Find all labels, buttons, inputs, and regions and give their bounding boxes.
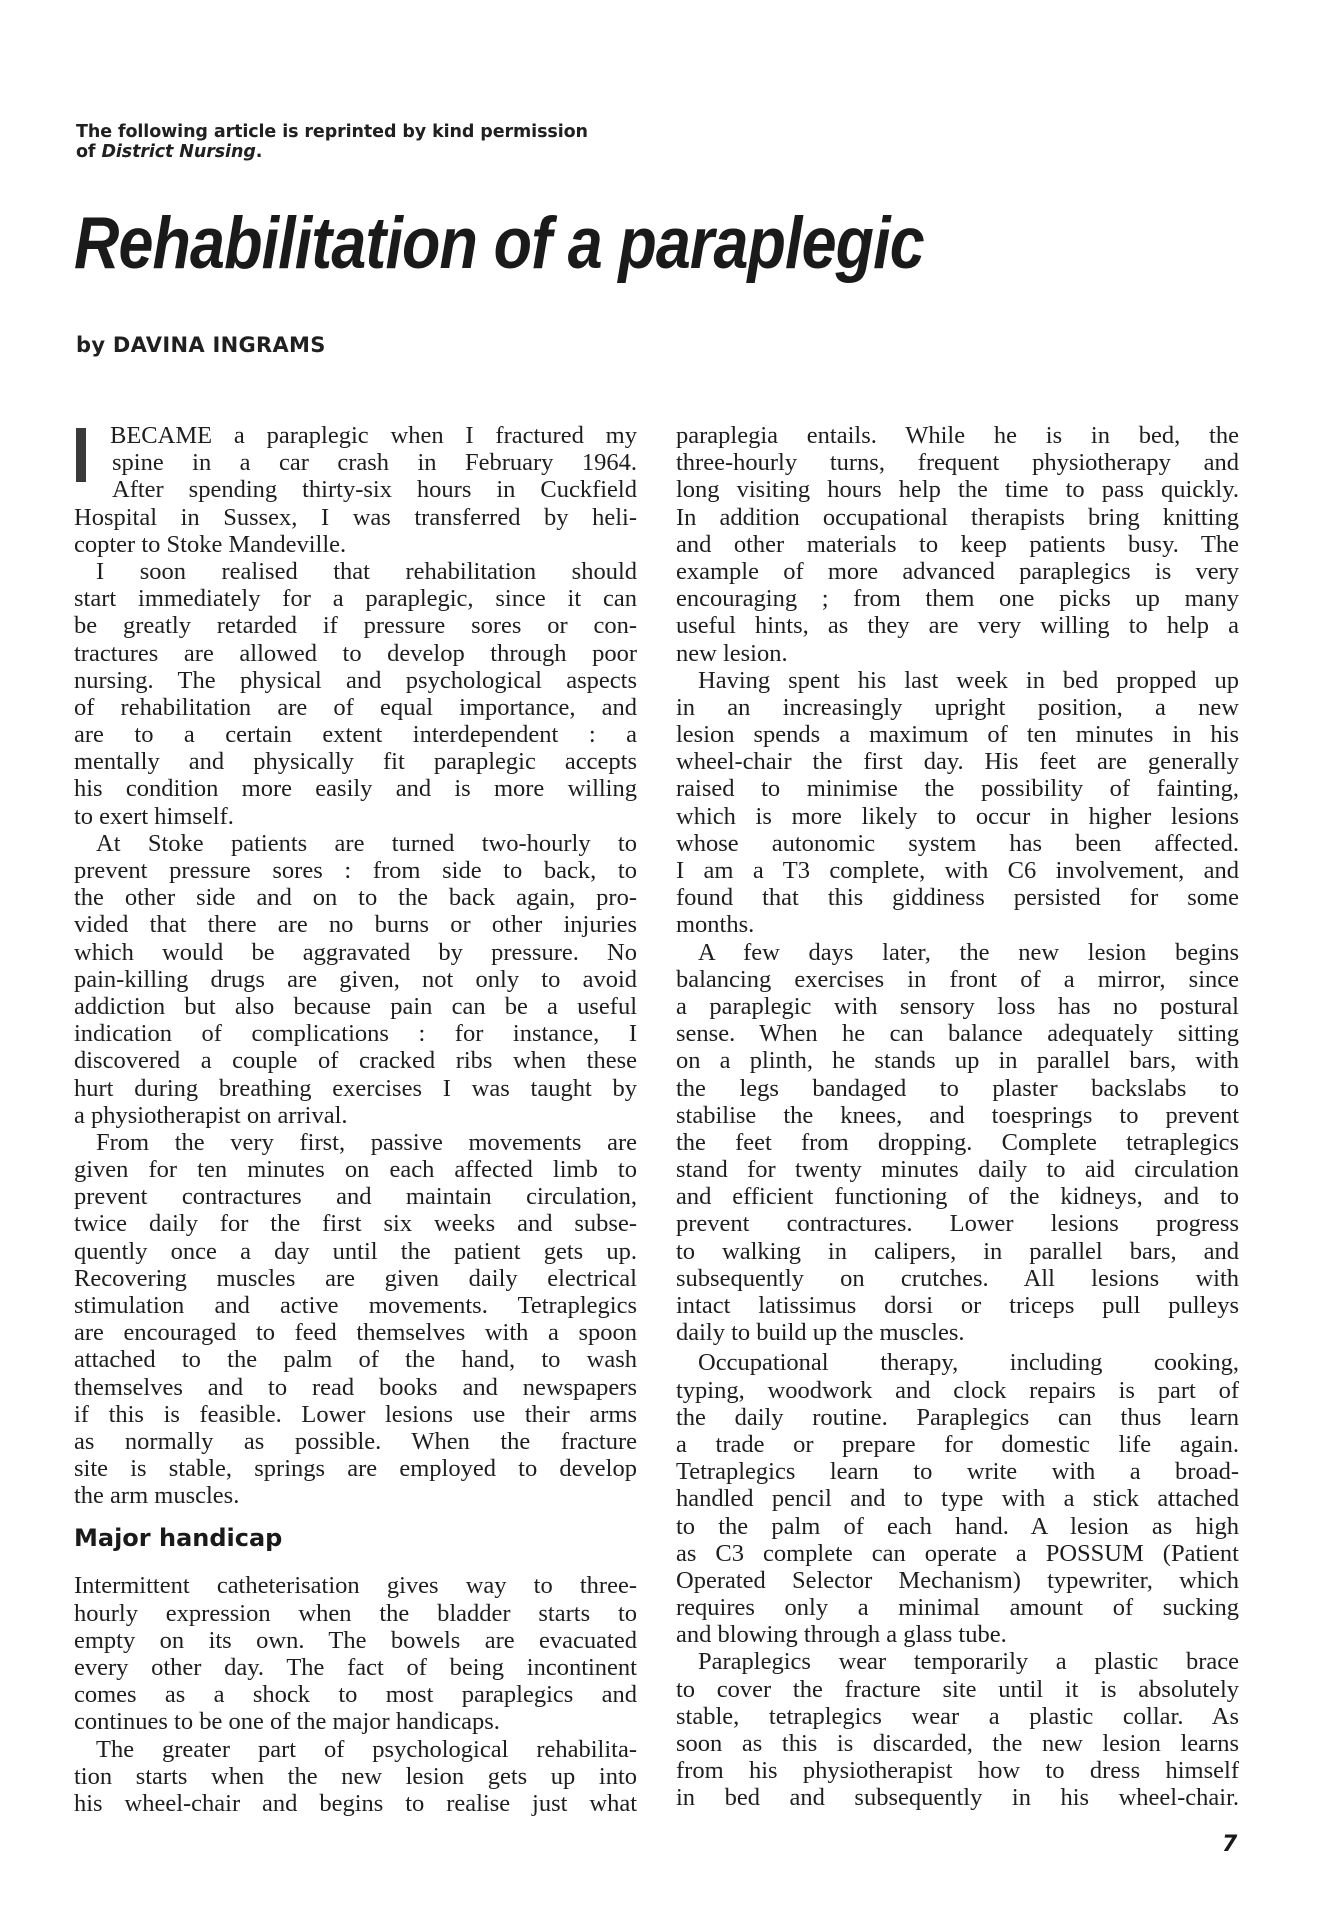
text-line: The greater part of psychological rehabi…: [74, 1736, 637, 1763]
text-line: and efficient functioning of the kidneys…: [676, 1183, 1239, 1210]
text-line: be greatly retarded if pressure sores or…: [74, 612, 637, 639]
text-line: and blowing through a glass tube.: [676, 1621, 1239, 1648]
text-line: the other side and on to the back again,…: [74, 884, 637, 911]
text-line: daily to build up the muscles.: [676, 1319, 1239, 1346]
text-line: in bed and subsequently in his wheel-cha…: [676, 1784, 1239, 1811]
text-line: are encouraged to feed themselves with a…: [74, 1319, 637, 1346]
text-line: spine in a car crash in February 1964.: [74, 449, 637, 476]
text-line: the daily routine. Paraplegics can thus …: [676, 1404, 1239, 1431]
text-line: stimulation and active movements. Tetrap…: [74, 1292, 637, 1319]
byline: by DAVINA INGRAMS: [76, 333, 326, 357]
text-line: given for ten minutes on each affected l…: [74, 1156, 637, 1183]
text-line: sense. When he can balance adequately si…: [676, 1020, 1239, 1047]
text-line: his condition more easily and is more wi…: [74, 775, 637, 802]
text-line: Hospital in Sussex, I was transferred by…: [74, 504, 637, 531]
text-line: stable, tetraplegics wear a plastic coll…: [676, 1703, 1239, 1730]
credit-line-1: The following article is reprinted by ki…: [76, 122, 588, 142]
text-line: discovered a couple of cracked ribs when…: [74, 1047, 637, 1074]
text-line: his wheel-chair and begins to realise ju…: [74, 1790, 637, 1817]
credit-prefix: of: [76, 142, 101, 162]
text-line: intact latissimus dorsi or triceps pull …: [676, 1292, 1239, 1319]
text-line: hourly expression when the bladder start…: [74, 1600, 637, 1627]
text-line: as normally as possible. When the fractu…: [74, 1428, 637, 1455]
text-line: new lesion.: [676, 640, 1239, 667]
text-line: every other day. The fact of being incon…: [74, 1654, 637, 1681]
text-line: lesion spends a maximum of ten minutes i…: [676, 721, 1239, 748]
text-line: prevent contractures. Lower lesions prog…: [676, 1210, 1239, 1237]
left-column: BECAME a paraplegic when I fractured my …: [74, 422, 637, 1817]
text-line: encouraging ; from them one picks up man…: [676, 585, 1239, 612]
text-line: site is stable, springs are employed to …: [74, 1455, 637, 1482]
text-line: pain-killing drugs are given, not only t…: [74, 966, 637, 993]
text-line: subsequently on crutches. All lesions wi…: [676, 1265, 1239, 1292]
text-line: on a plinth, he stands up in parallel ba…: [676, 1047, 1239, 1074]
credit-line-2: of District Nursing.: [76, 142, 588, 162]
text-line: stabilise the knees, and toesprings to p…: [676, 1102, 1239, 1129]
text-line: From the very first, passive movements a…: [74, 1129, 637, 1156]
text-line: example of more advanced paraplegics is …: [676, 558, 1239, 585]
text-line: handled pencil and to type with a stick …: [676, 1485, 1239, 1512]
text-line: At Stoke patients are turned two-hourly …: [74, 830, 637, 857]
text-line: quently once a day until the patient get…: [74, 1238, 637, 1265]
publication-name: District Nursing: [101, 142, 255, 162]
text-line: Recovering muscles are given daily elect…: [74, 1265, 637, 1292]
section-subheading: Major handicap: [74, 1524, 637, 1553]
text-line: three-hourly turns, frequent physiothera…: [676, 449, 1239, 476]
text-line: Having spent his last week in bed proppe…: [676, 667, 1239, 694]
text-line: After spending thirty-six hours in Cuckf…: [74, 476, 637, 503]
text-line: A few days later, the new lesion begins: [676, 939, 1239, 966]
text-line: typing, woodwork and clock repairs is pa…: [676, 1377, 1239, 1404]
text-line: vided that there are no burns or other i…: [74, 911, 637, 938]
text-line: balancing exercises in front of a mirror…: [676, 966, 1239, 993]
text-line: are to a certain extent interdependent :…: [74, 721, 637, 748]
text-line: the legs bandaged to plaster backslabs t…: [676, 1075, 1239, 1102]
text-line: BECAME a paraplegic when I fractured my: [74, 422, 637, 449]
text-line: I soon realised that rehabilitation shou…: [74, 558, 637, 585]
text-line: I am a T3 complete, with C6 involvement,…: [676, 857, 1239, 884]
text-line: the feet from dropping. Complete tetrapl…: [676, 1129, 1239, 1156]
right-column: paraplegia entails. While he is in bed, …: [676, 422, 1239, 1812]
text-line: found that this giddiness persisted for …: [676, 884, 1239, 911]
text-line: Intermittent catheterisation gives way t…: [74, 1572, 637, 1599]
text-line: Tetraplegics learn to write with a broad…: [676, 1458, 1239, 1485]
page-number: 7: [1222, 1832, 1237, 1857]
text-line: in an increasingly upright position, a n…: [676, 694, 1239, 721]
text-line: months.: [676, 911, 1239, 938]
text-line: comes as a shock to most paraplegics and: [74, 1681, 637, 1708]
text-line: attached to the palm of the hand, to was…: [74, 1346, 637, 1373]
text-line: a trade or prepare for domestic life aga…: [676, 1431, 1239, 1458]
text-line: if this is feasible. Lower lesions use t…: [74, 1401, 637, 1428]
text-line: to walking in calipers, in parallel bars…: [676, 1238, 1239, 1265]
text-line: paraplegia entails. While he is in bed, …: [676, 422, 1239, 449]
text-line: to cover the fracture site until it is a…: [676, 1676, 1239, 1703]
text-line: raised to minimise the possibility of fa…: [676, 775, 1239, 802]
text-line: to exert himself.: [74, 803, 637, 830]
text-line: from his physiotherapist how to dress hi…: [676, 1757, 1239, 1784]
text-line: tractures are allowed to develop through…: [74, 640, 637, 667]
text-line: empty on its own. The bowels are evacuat…: [74, 1627, 637, 1654]
text-line: prevent contractures and maintain circul…: [74, 1183, 637, 1210]
text-line: Occupational therapy, including cooking,: [676, 1349, 1239, 1376]
text-line: continues to be one of the major handica…: [74, 1708, 637, 1735]
text-line: useful hints, as they are very willing t…: [676, 612, 1239, 639]
text-line: Operated Selector Mechanism) typewriter,…: [676, 1567, 1239, 1594]
text-line: twice daily for the first six weeks and …: [74, 1210, 637, 1237]
text-line: indication of complications : for instan…: [74, 1020, 637, 1047]
text-line: requires only a minimal amount of suckin…: [676, 1594, 1239, 1621]
drop-cap-block: [76, 428, 86, 482]
text-line: In addition occupational therapists brin…: [676, 504, 1239, 531]
text-line: soon as this is discarded, the new lesio…: [676, 1730, 1239, 1757]
text-line: to the palm of each hand. A lesion as hi…: [676, 1513, 1239, 1540]
credit-suffix: .: [256, 142, 263, 162]
reprint-credit: The following article is reprinted by ki…: [76, 122, 588, 162]
text-line: which is more likely to occur in higher …: [676, 803, 1239, 830]
text-line: a physiotherapist on arrival.: [74, 1102, 637, 1129]
text-line: start immediately for a paraplegic, sinc…: [74, 585, 637, 612]
text-line: nursing. The physical and psychological …: [74, 667, 637, 694]
text-line: mentally and physically fit paraplegic a…: [74, 748, 637, 775]
text-line: copter to Stoke Mandeville.: [74, 531, 637, 558]
text-line: addiction but also because pain can be a…: [74, 993, 637, 1020]
text-line: tion starts when the new lesion gets up …: [74, 1763, 637, 1790]
text-line: long visiting hours help the time to pas…: [676, 476, 1239, 503]
text-line: prevent pressure sores : from side to ba…: [74, 857, 637, 884]
text-line: of rehabilitation are of equal importanc…: [74, 694, 637, 721]
article-title: Rehabilitation of a paraplegic: [74, 204, 924, 284]
text-line: hurt during breathing exercises I was ta…: [74, 1075, 637, 1102]
text-line: wheel-chair the first day. His feet are …: [676, 748, 1239, 775]
text-line: the arm muscles.: [74, 1482, 637, 1509]
text-line: themselves and to read books and newspap…: [74, 1374, 637, 1401]
text-line: whose autonomic system has been affected…: [676, 830, 1239, 857]
text-line: Paraplegics wear temporarily a plastic b…: [676, 1648, 1239, 1675]
text-line: which would be aggravated by pressure. N…: [74, 939, 637, 966]
text-line: as C3 complete can operate a POSSUM (Pat…: [676, 1540, 1239, 1567]
text-line: a paraplegic with sensory loss has no po…: [676, 993, 1239, 1020]
text-line: and other materials to keep patients bus…: [676, 531, 1239, 558]
text-line: stand for twenty minutes daily to aid ci…: [676, 1156, 1239, 1183]
